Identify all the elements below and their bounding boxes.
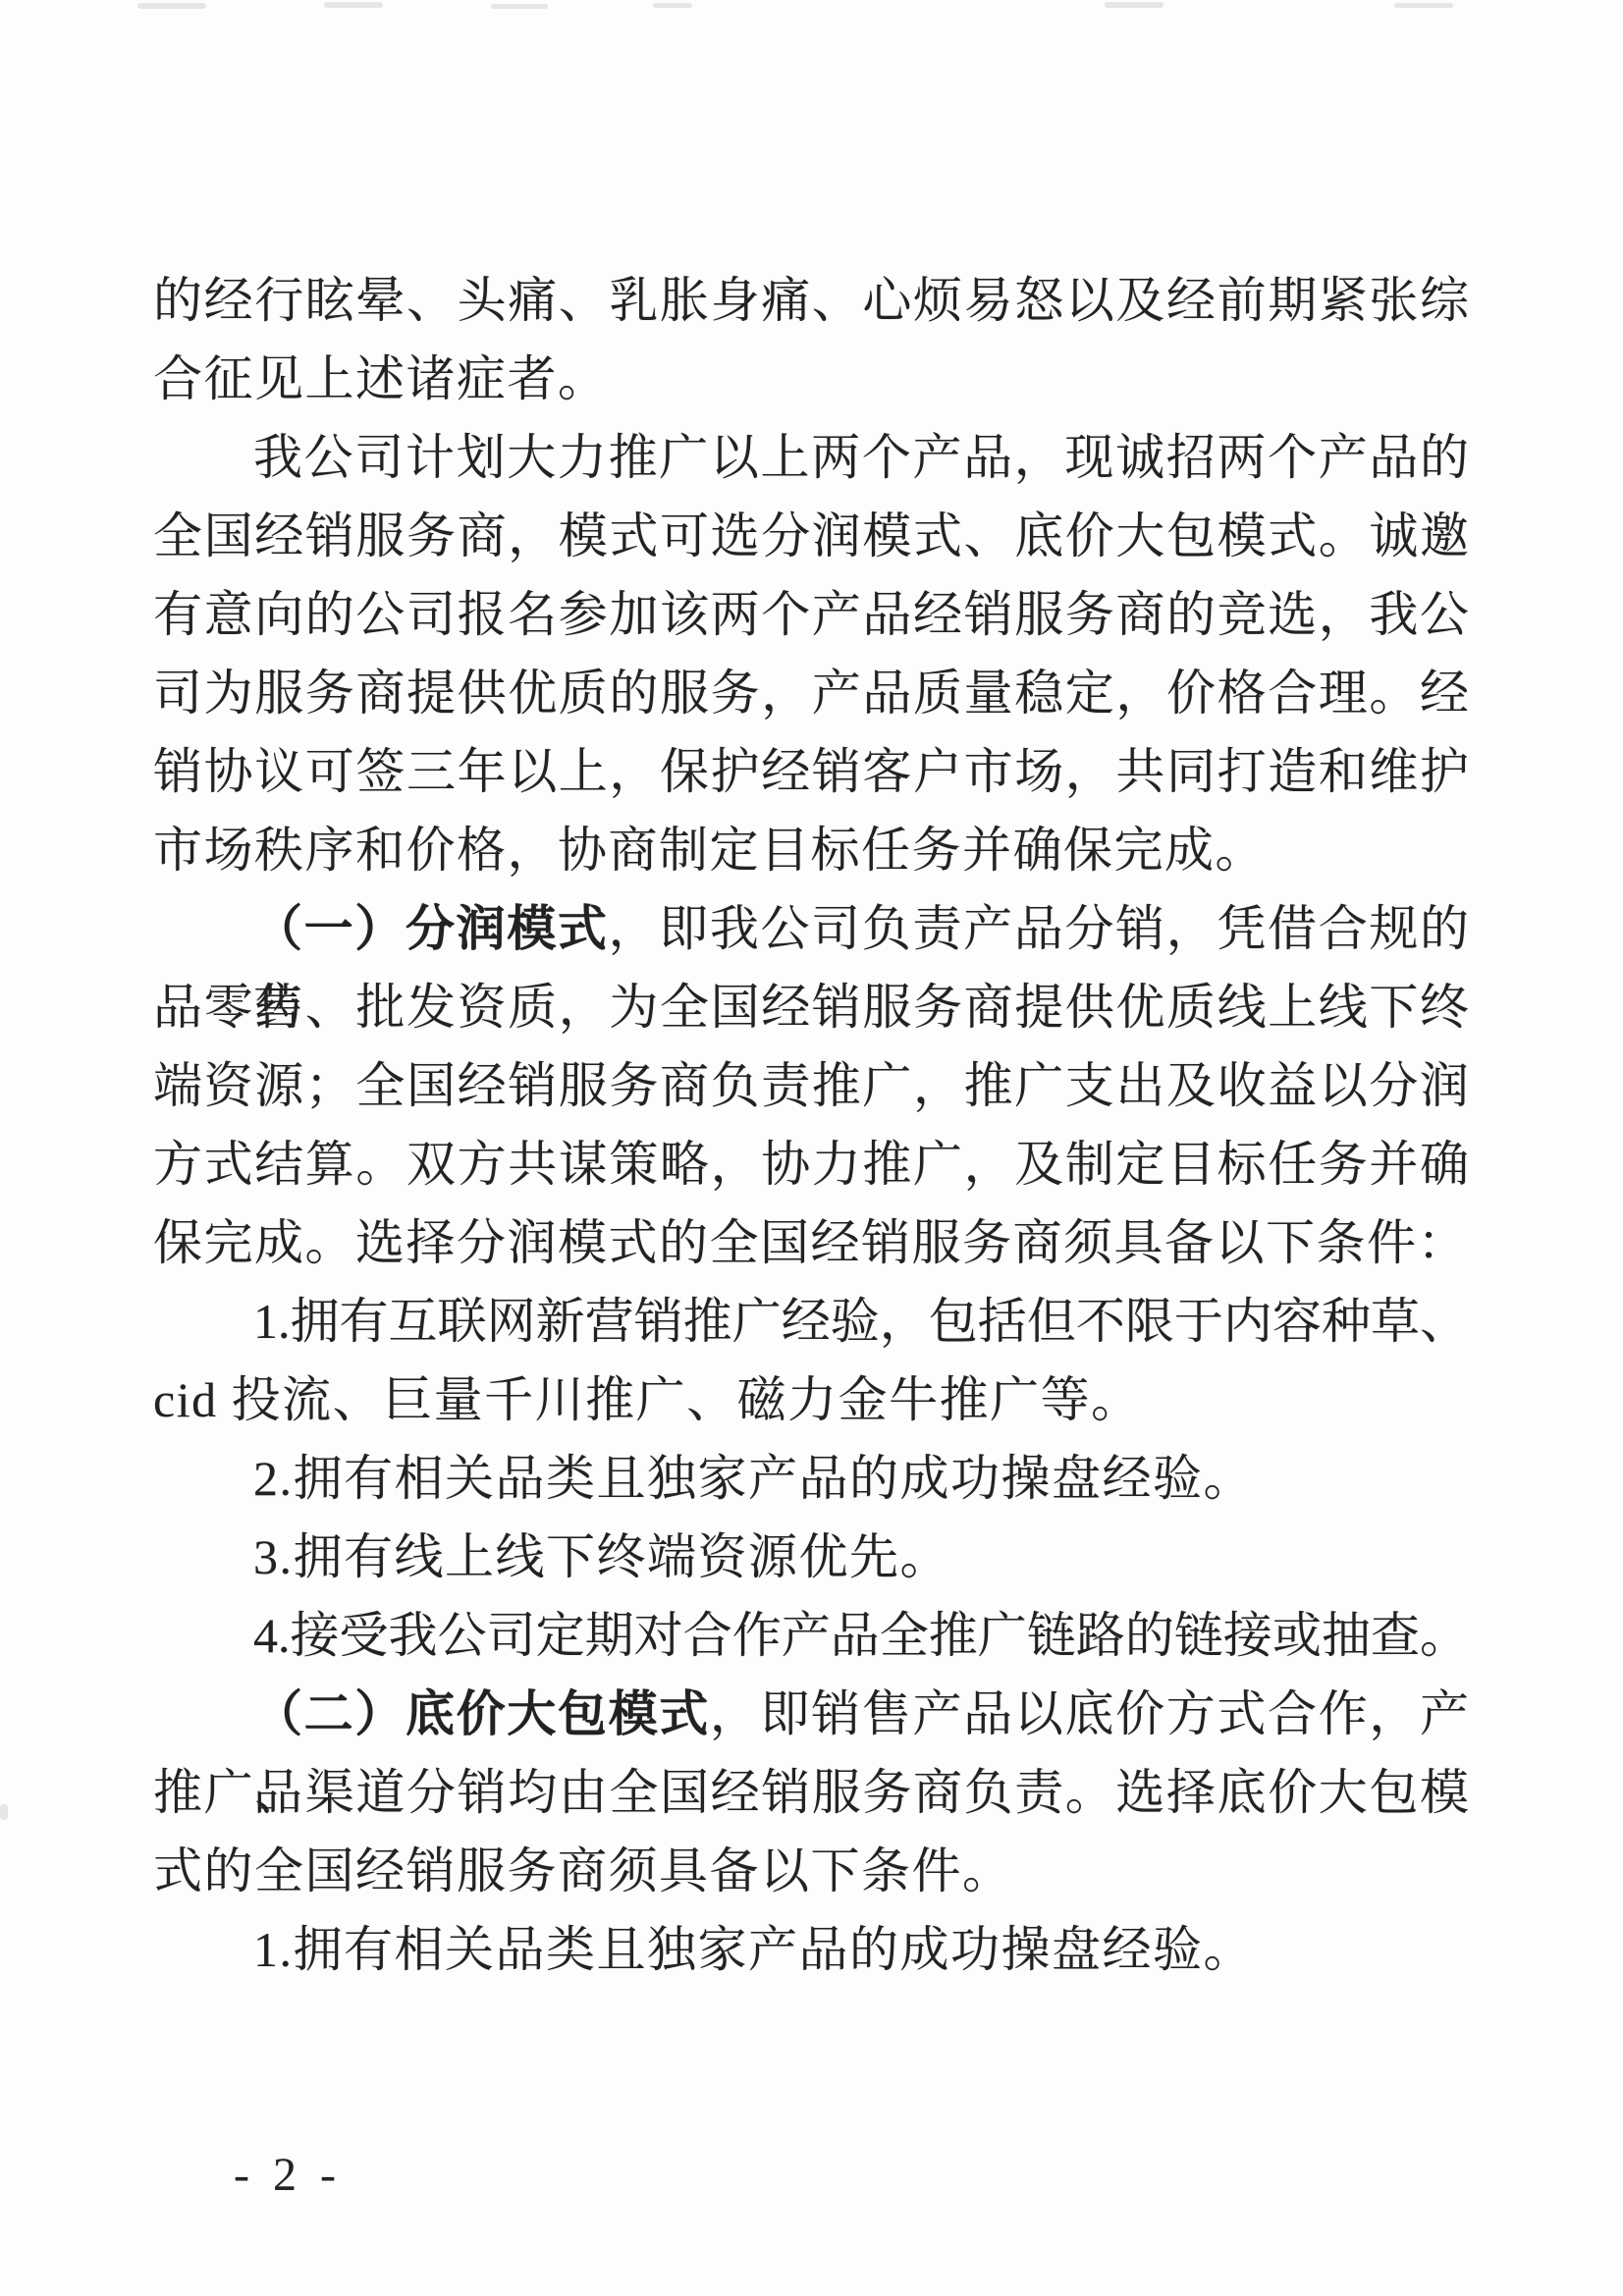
text-line-20: 推广、渠道分销均由全国经销服务商负责。选择底价大包模: [153, 1753, 1469, 1832]
scanned-document-page: 的经行眩晕、头痛、乳胀身痛、心烦易怒以及经前期紧张综合征见上述诸症者。我公司计划…: [0, 0, 1623, 2296]
text-line-13: 保完成。选择分润模式的全国经销服务商须具备以下条件：: [153, 1203, 1469, 1282]
text-line-6: 司为服务商提供优质的服务，产品质量稳定，价格合理。经: [153, 654, 1469, 732]
text-line-19: （二）底价大包模式，即销售产品以底价方式合作，产品: [153, 1675, 1469, 1753]
text-line-18: 4.接受我公司定期对合作产品全推广链路的链接或抽查。: [153, 1596, 1469, 1675]
text-line-4: 全国经销服务商，模式可选分润模式、底价大包模式。诚邀: [153, 497, 1469, 575]
section-heading: （一）分润模式: [253, 901, 609, 956]
text-line-11: 端资源；全国经销服务商负责推广，推广支出及收益以分润: [153, 1046, 1469, 1125]
page-number: - 2 -: [234, 2148, 342, 2202]
scan-artifact: [1394, 3, 1453, 8]
text-line-15: cid 投流、巨量千川推广、磁力金牛推广等。: [153, 1361, 1469, 1439]
text-line-17: 3.拥有线上线下终端资源优先。: [153, 1518, 1469, 1596]
text-line-5: 有意向的公司报名参加该两个产品经销服务商的竞选，我公: [153, 575, 1469, 654]
text-line-16: 2.拥有相关品类且独家产品的成功操盘经验。: [153, 1439, 1469, 1518]
scan-artifact: [137, 3, 206, 9]
text-line-7: 销协议可签三年以上，保护经销客户市场，共同打造和维护: [153, 732, 1469, 811]
text-line-10: 品零售、批发资质，为全国经销服务商提供优质线上线下终: [153, 968, 1469, 1046]
text-line-8: 市场秩序和价格，协商制定目标任务并确保完成。: [153, 811, 1469, 889]
scan-artifact: [1105, 2, 1163, 8]
text-line-1: 的经行眩晕、头痛、乳胀身痛、心烦易怒以及经前期紧张综: [153, 261, 1469, 340]
scan-artifact: [324, 2, 383, 8]
scan-artifact: [491, 4, 548, 9]
text-line-21: 式的全国经销服务商须具备以下条件。: [153, 1832, 1469, 1910]
text-line-3: 我公司计划大力推广以上两个产品，现诚招两个产品的: [153, 418, 1469, 497]
text-line-2: 合征见上述诸症者。: [153, 340, 1469, 418]
text-block: 的经行眩晕、头痛、乳胀身痛、心烦易怒以及经前期紧张综合征见上述诸症者。我公司计划…: [153, 261, 1469, 1989]
scan-artifact: [0, 1804, 8, 1820]
scan-artifact: [653, 3, 692, 8]
text-line-22: 1.拥有相关品类且独家产品的成功操盘经验。: [153, 1910, 1469, 1989]
text-line-9: （一）分润模式，即我公司负责产品分销，凭借合规的药: [153, 889, 1469, 968]
text-line-12: 方式结算。双方共谋策略，协力推广，及制定目标任务并确: [153, 1125, 1469, 1203]
section-heading: （二）底价大包模式: [253, 1686, 710, 1741]
text-line-14: 1.拥有互联网新营销推广经验，包括但不限于内容种草、: [153, 1282, 1469, 1361]
